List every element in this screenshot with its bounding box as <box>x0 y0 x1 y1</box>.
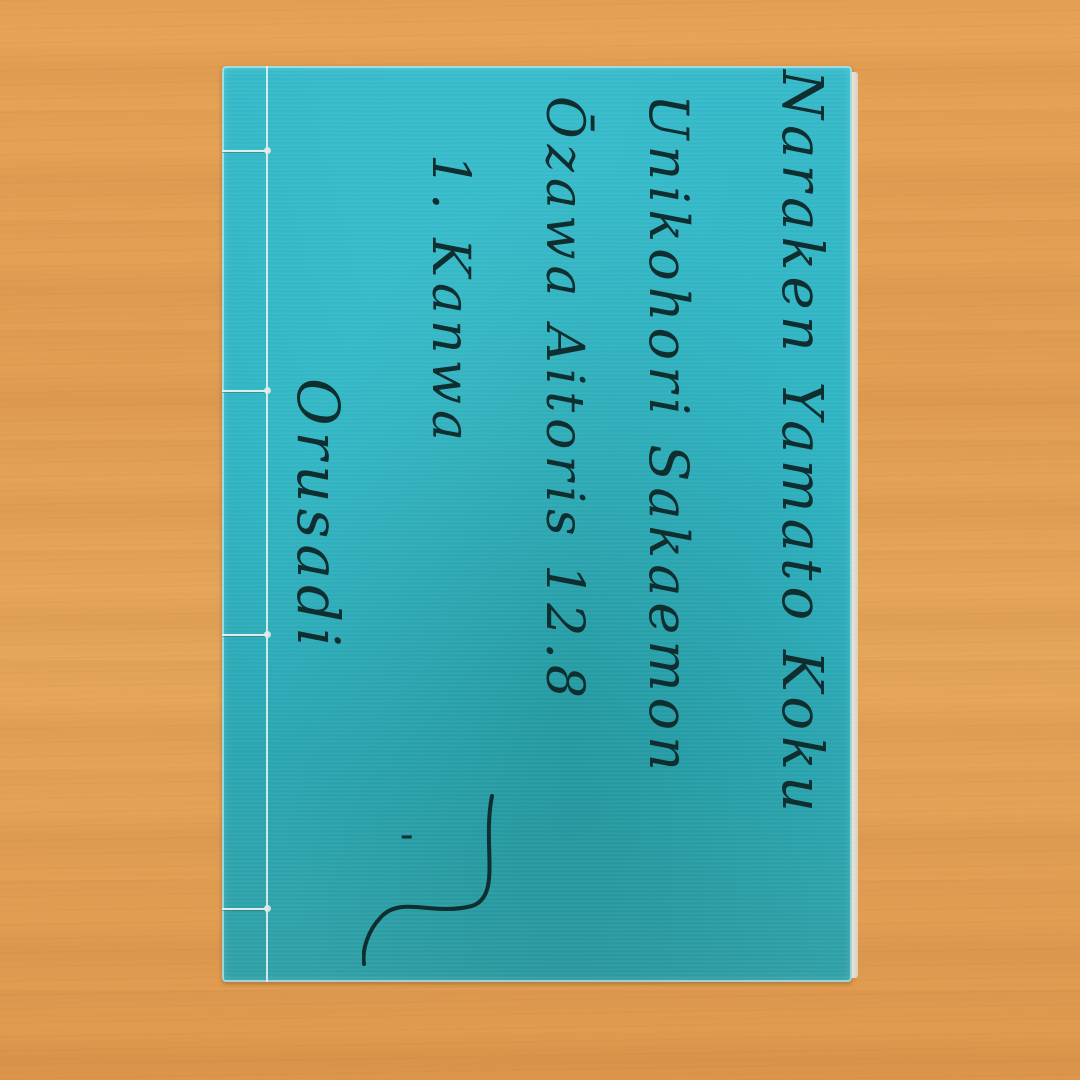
binding-stitch <box>222 390 268 392</box>
handwriting-line-2: Unikohori Sakaemon <box>637 94 700 777</box>
binding-thread-spine <box>266 66 268 982</box>
binding-stitch <box>222 908 268 910</box>
handwriting-line-3: Ōzawa Aitoris 12.8 <box>534 96 594 704</box>
wooden-table: Naraken Yamato Koku Unikohori Sakaemon Ō… <box>0 0 1080 1080</box>
handwriting-line-4: 1. Kanwa <box>420 154 480 447</box>
book-cover: Naraken Yamato Koku Unikohori Sakaemon Ō… <box>222 66 852 982</box>
binding-stitch <box>222 150 268 152</box>
handwriting-line-1: Naraken Yamato Koku <box>769 70 834 818</box>
ink-flourish <box>362 786 502 966</box>
page-edges <box>852 72 858 978</box>
ink-mark: - <box>400 812 414 858</box>
handwriting-line-5: Orusadi <box>284 378 352 653</box>
binding-stitch <box>222 634 268 636</box>
